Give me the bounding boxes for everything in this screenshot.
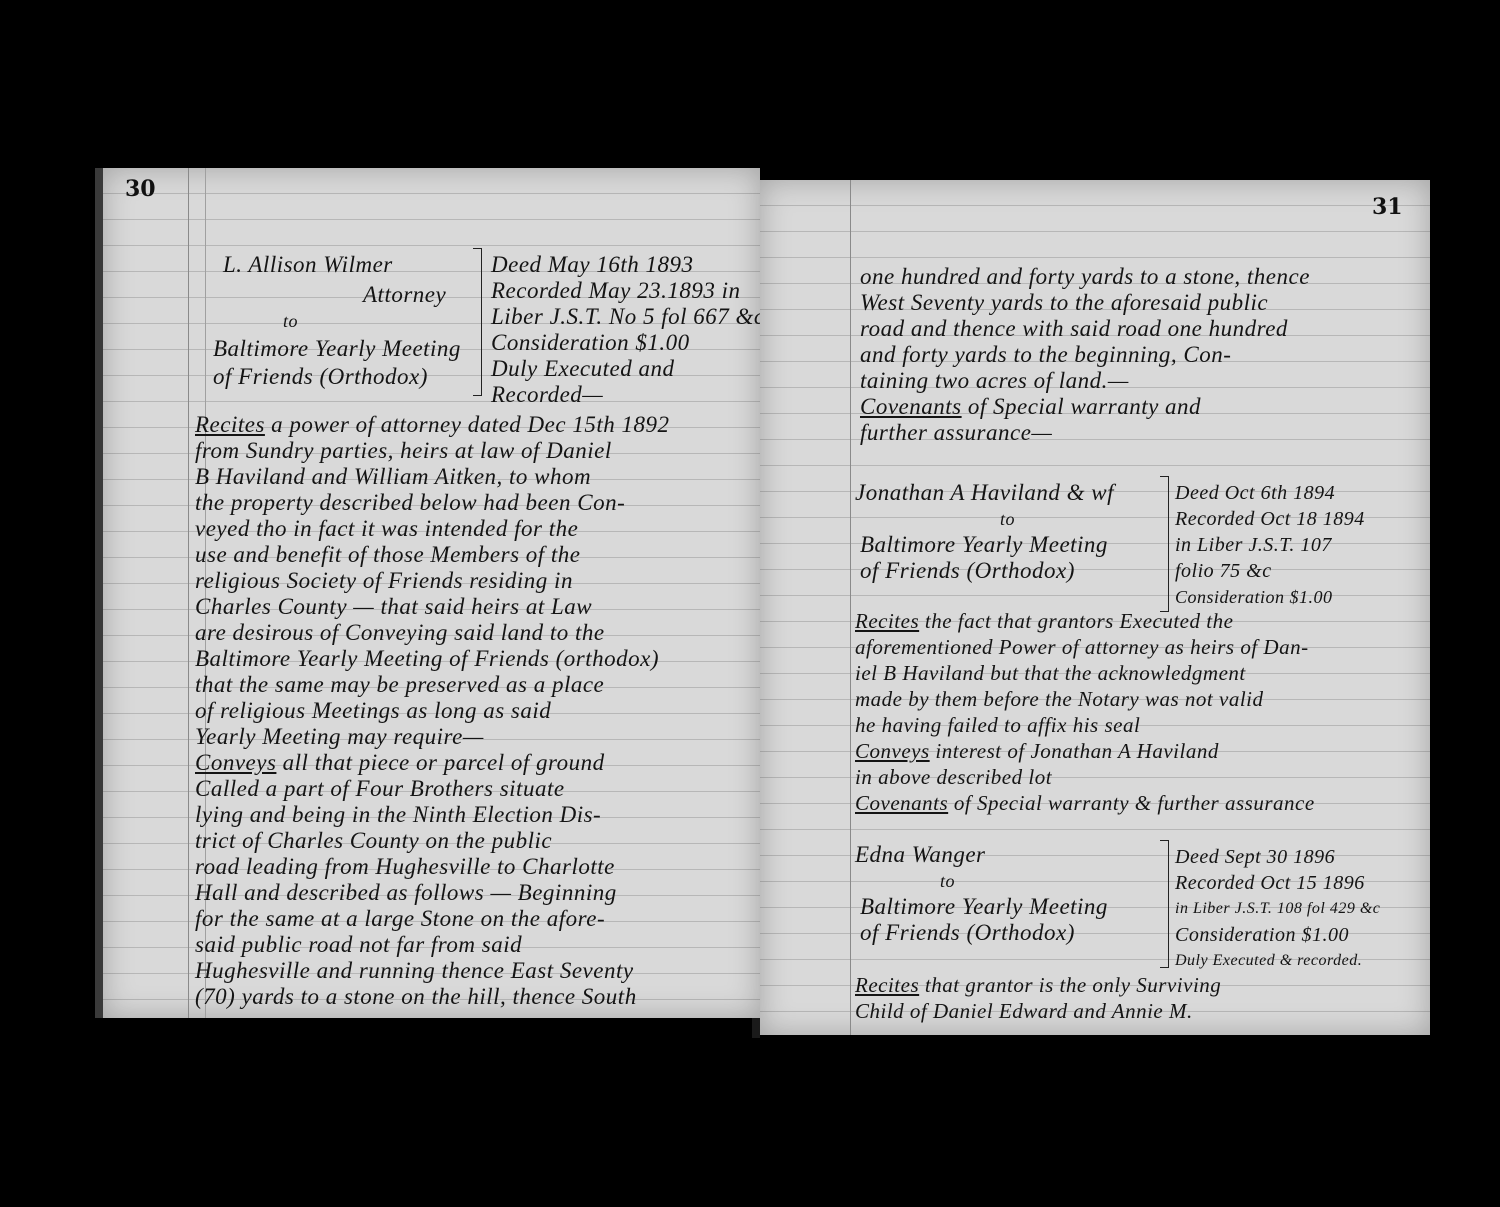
body-line: Hall and described as follows — Beginnin…: [195, 880, 669, 906]
margin-rule: [188, 168, 189, 1018]
margin-rule: [850, 180, 851, 1035]
body-line: in above described lot: [855, 764, 1315, 790]
body-line: one hundred and forty yards to a stone, …: [860, 264, 1310, 290]
entry-body: Recites the fact that grantors Executed …: [855, 608, 1315, 816]
grantee-line1: Baltimore Yearly Meeting: [860, 532, 1108, 558]
summary-line: Deed Sept 30 1896: [1175, 844, 1380, 870]
grantor-name: Jonathan A Haviland & wf: [855, 480, 1114, 506]
body-line: the fact that grantors Executed the: [919, 609, 1233, 633]
grantee-line1: Baltimore Yearly Meeting: [213, 336, 461, 362]
body-line: taining two acres of land.—: [860, 368, 1310, 394]
body-line: and forty yards to the beginning, Con-: [860, 342, 1310, 368]
body-line: (70) yards to a stone on the hill, thenc…: [195, 984, 669, 1010]
entry-bracket: [473, 248, 482, 396]
grantor-name: L. Allison Wilmer: [223, 252, 393, 278]
to-label: to: [940, 868, 955, 894]
summary-line: in Liber J.S.T. 107: [1175, 532, 1365, 558]
entry-summary: Deed Sept 30 1896 Recorded Oct 15 1896 i…: [1175, 844, 1380, 974]
page-number: 30: [125, 176, 156, 202]
body-line: religious Society of Friends residing in: [195, 568, 669, 594]
summary-line: Recorded May 23.1893 in: [491, 278, 765, 304]
body-line: said public road not far from said: [195, 932, 669, 958]
body-line: use and benefit of those Members of the: [195, 542, 669, 568]
left-page: 30 L. Allison Wilmer Attorney to Baltimo…: [95, 168, 760, 1018]
body-line: from Sundry parties, heirs at law of Dan…: [195, 438, 669, 464]
summary-line: Consideration $1.00: [1175, 922, 1380, 948]
body-line: Baltimore Yearly Meeting of Friends (ort…: [195, 646, 669, 672]
summary-line: Duly Executed and: [491, 356, 765, 382]
body-line: road leading from Hughesville to Charlot…: [195, 854, 669, 880]
body-line: all that piece or parcel of ground: [276, 750, 604, 775]
grantee-line2: of Friends (Orthodox): [860, 558, 1075, 584]
body-line: West Seventy yards to the aforesaid publ…: [860, 290, 1310, 316]
body-line: iel B Haviland but that the acknowledgme…: [855, 660, 1315, 686]
body-line: veyed tho in fact it was intended for th…: [195, 516, 669, 542]
grantor-name: Edna Wanger: [855, 842, 986, 868]
summary-line: folio 75 &c: [1175, 558, 1365, 584]
summary-line: Consideration $1.00: [1175, 584, 1365, 610]
summary-line: Deed May 16th 1893: [491, 252, 765, 278]
right-page: 31 one hundred and forty yards to a ston…: [760, 180, 1430, 1035]
body-line: interest of Jonathan A Haviland: [930, 739, 1219, 763]
body-line: the property described below had been Co…: [195, 490, 669, 516]
body-line: Called a part of Four Brothers situate: [195, 776, 669, 802]
entry-body: Recites that grantor is the only Survivi…: [855, 972, 1221, 1024]
summary-line: Recorded—: [491, 382, 765, 408]
summary-line: Recorded Oct 15 1896: [1175, 870, 1380, 896]
grantee-line2: of Friends (Orthodox): [860, 920, 1075, 946]
body-line: Child of Daniel Edward and Annie M.: [855, 998, 1221, 1024]
section-label: Recites: [195, 412, 265, 437]
summary-line: in Liber J.S.T. 108 fol 429 &c: [1175, 896, 1380, 922]
body-line: Charles County — that said heirs at Law: [195, 594, 669, 620]
summary-line: Liber J.S.T. No 5 fol 667 &c: [491, 304, 765, 330]
body-line: made by them before the Notary was not v…: [855, 686, 1315, 712]
entry-body: Recites a power of attorney dated Dec 15…: [195, 412, 669, 1010]
body-line: that grantor is the only Surviving: [919, 973, 1221, 997]
entry-summary: Deed May 16th 1893 Recorded May 23.1893 …: [491, 252, 765, 408]
body-line: B Haviland and William Aitken, to whom: [195, 464, 669, 490]
section-label: Covenants: [855, 791, 948, 815]
body-line: aforementioned Power of attorney as heir…: [855, 634, 1315, 660]
body-line: are desirous of Conveying said land to t…: [195, 620, 669, 646]
grantor-role: Attorney: [363, 282, 446, 308]
section-label: Conveys: [855, 739, 930, 763]
body-line: for the same at a large Stone on the afo…: [195, 906, 669, 932]
section-label: Conveys: [195, 750, 276, 775]
section-label: Recites: [855, 973, 919, 997]
section-label: Covenants: [860, 394, 962, 419]
body-line: of Special warranty & further assurance: [948, 791, 1314, 815]
body-line: lying and being in the Ninth Election Di…: [195, 802, 669, 828]
body-line: of Special warranty and: [962, 394, 1201, 419]
body-line: Hughesville and running thence East Seve…: [195, 958, 669, 984]
grantee-line1: Baltimore Yearly Meeting: [860, 894, 1108, 920]
body-line: that the same may be preserved as a plac…: [195, 672, 669, 698]
summary-line: Consideration $1.00: [491, 330, 765, 356]
grantee-line2: of Friends (Orthodox): [213, 364, 428, 390]
body-line: trict of Charles County on the public: [195, 828, 669, 854]
page-number: 31: [1372, 194, 1403, 220]
entry-summary: Deed Oct 6th 1894 Recorded Oct 18 1894 i…: [1175, 480, 1365, 610]
section-label: Recites: [855, 609, 919, 633]
body-line: road and thence with said road one hundr…: [860, 316, 1310, 342]
body-line: a power of attorney dated Dec 15th 1892: [265, 412, 670, 437]
entry-bracket: [1160, 840, 1169, 968]
body-line: he having failed to affix his seal: [855, 712, 1315, 738]
continuation-text: one hundred and forty yards to a stone, …: [860, 264, 1310, 446]
body-line: of religious Meetings as long as said: [195, 698, 669, 724]
body-line: Yearly Meeting may require—: [195, 724, 669, 750]
summary-line: Duly Executed & recorded.: [1175, 948, 1380, 974]
to-label: to: [283, 308, 298, 334]
to-label: to: [1000, 506, 1015, 532]
entry-bracket: [1160, 476, 1169, 612]
summary-line: Deed Oct 6th 1894: [1175, 480, 1365, 506]
summary-line: Recorded Oct 18 1894: [1175, 506, 1365, 532]
body-line: further assurance—: [860, 420, 1310, 446]
